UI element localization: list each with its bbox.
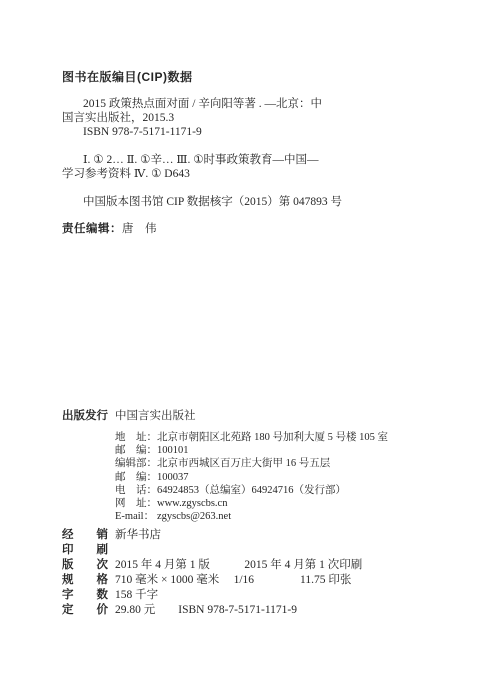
cip-class-line2: 学习参考资料 Ⅳ. ① D643	[62, 167, 319, 181]
contact-value: 北京市朝阳区北苑路 180 号加利大厦 5 号楼 105 室	[157, 432, 388, 443]
contact-value: www.zgyscbs.cn	[157, 498, 227, 509]
contact-label: 地 址：	[115, 431, 157, 444]
contact-row-postcode: 邮 编：100101	[115, 444, 388, 457]
contact-label: 邮 编：	[115, 444, 157, 457]
contact-row-email: E-mail：zgyscbs@263.net	[115, 510, 388, 523]
publisher-name: 中国言实出版社	[115, 410, 196, 422]
contact-label: 邮 编：	[115, 471, 157, 484]
editor-row: 责任编辑：唐 伟	[62, 222, 157, 236]
cip-record-number: 中国版本图书馆 CIP 数据核字（2015）第 047893 号	[62, 195, 342, 209]
detail-label: 经 销	[62, 528, 115, 543]
cip-entry-line2: 国言实出版社，2015.3	[62, 111, 322, 125]
detail-value: 新华书店	[115, 529, 161, 541]
detail-row-edition: 版 次2015 年 4 月第 1 版 2015 年 4 月第 1 次印刷	[62, 558, 362, 573]
contact-value: 北京市西城区百万庄大街甲 16 号五层	[157, 458, 330, 469]
detail-value: 158 千字	[115, 589, 158, 601]
detail-row-word-count: 字 数158 千字	[62, 588, 362, 603]
contact-value: 100037	[157, 472, 189, 483]
cip-entry: 2015 政策热点面对面 / 辛向阳等著 . —北京：中 国言实出版社，2015…	[62, 97, 322, 139]
detail-label: 规 格	[62, 573, 115, 588]
detail-label: 定 价	[62, 603, 115, 618]
detail-label: 字 数	[62, 588, 115, 603]
detail-row-price: 定 价29.80 元 ISBN 978-7-5171-1171-9	[62, 603, 362, 618]
contact-row-address: 地 址：北京市朝阳区北苑路 180 号加利大厦 5 号楼 105 室	[115, 431, 388, 444]
detail-label: 印 刷	[62, 543, 115, 558]
contact-value: 64924853（总编室）64924716（发行部）	[157, 485, 346, 496]
copyright-page: 图书在版编目(CIP)数据 2015 政策热点面对面 / 辛向阳等著 . —北京…	[0, 0, 482, 681]
cip-isbn: ISBN 978-7-5171-1171-9	[62, 125, 322, 139]
editor-name: 唐 伟	[122, 223, 157, 235]
detail-value: 710 毫米 × 1000 毫米 1/16 11.75 印张	[115, 574, 351, 586]
detail-value: 29.80 元 ISBN 978-7-5171-1171-9	[115, 604, 297, 616]
contact-label: 编辑部：	[115, 457, 157, 470]
contact-row-phone: 电 话：64924853（总编室）64924716（发行部）	[115, 484, 388, 497]
detail-row-printing: 印 刷	[62, 543, 362, 558]
cip-heading: 图书在版编目(CIP)数据	[62, 68, 193, 85]
cip-entry-line1: 2015 政策热点面对面 / 辛向阳等著 . —北京：中	[62, 97, 322, 111]
detail-value: 2015 年 4 月第 1 版 2015 年 4 月第 1 次印刷	[115, 559, 362, 571]
publisher-label: 出版发行	[62, 409, 115, 423]
contact-label: E-mail：	[115, 510, 157, 523]
contact-value: zgyscbs@263.net	[157, 511, 231, 522]
contact-block: 地 址：北京市朝阳区北苑路 180 号加利大厦 5 号楼 105 室 邮 编：1…	[115, 431, 388, 523]
contact-label: 电 话：	[115, 484, 157, 497]
contact-label: 网 址：	[115, 497, 157, 510]
contact-row-editorial-dept: 编辑部：北京市西城区百万庄大街甲 16 号五层	[115, 457, 388, 470]
contact-row-postcode2: 邮 编：100037	[115, 471, 388, 484]
detail-row-format: 规 格710 毫米 × 1000 毫米 1/16 11.75 印张	[62, 573, 362, 588]
cip-classification: Ⅰ. ① 2… Ⅱ. ①辛… Ⅲ. ①时事政策教育—中国— 学习参考资料 Ⅳ. …	[62, 153, 319, 181]
detail-row-distribution: 经 销新华书店	[62, 528, 362, 543]
publisher-row: 出版发行中国言实出版社	[62, 409, 196, 423]
cip-class-line1: Ⅰ. ① 2… Ⅱ. ①辛… Ⅲ. ①时事政策教育—中国—	[62, 153, 319, 167]
editor-label: 责任编辑：	[62, 223, 122, 235]
contact-row-website: 网 址：www.zgyscbs.cn	[115, 497, 388, 510]
publication-details-block: 经 销新华书店 印 刷 版 次2015 年 4 月第 1 版 2015 年 4 …	[62, 528, 362, 619]
detail-label: 版 次	[62, 558, 115, 573]
contact-value: 100101	[157, 445, 189, 456]
